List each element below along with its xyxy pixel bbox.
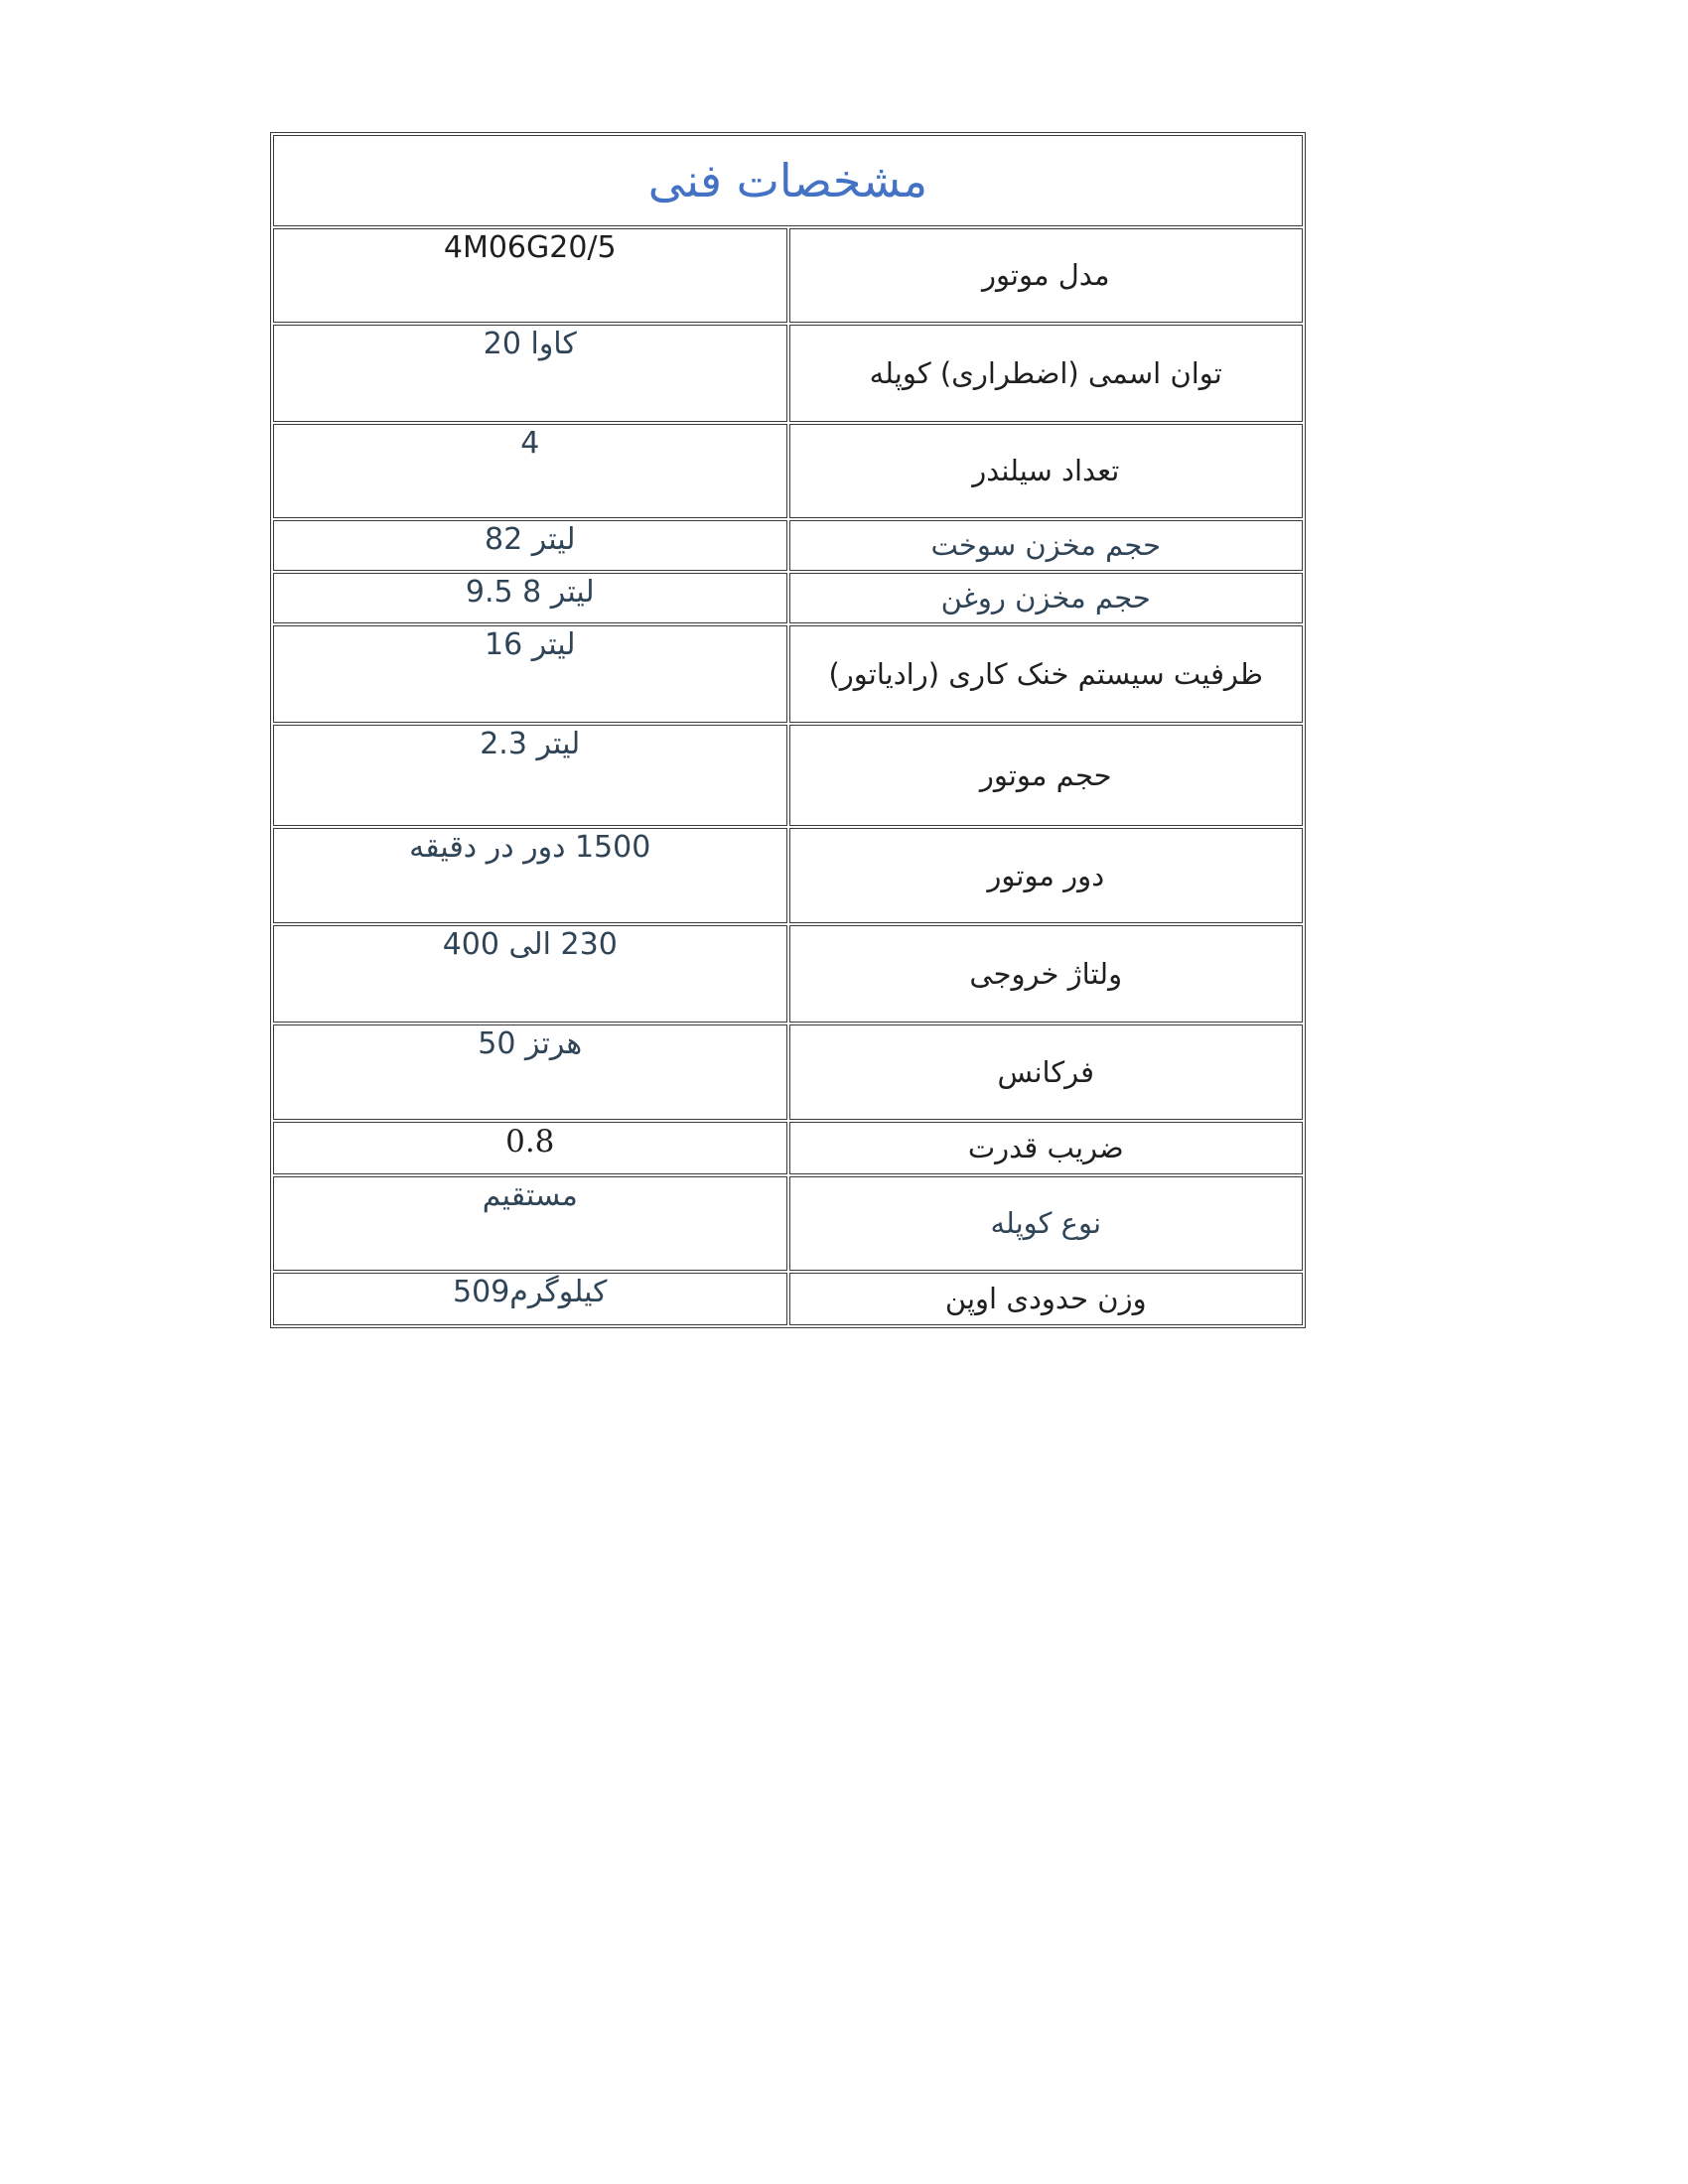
spec-row: 20 کاواتوان اسمی (اضطراری) کوپله bbox=[273, 325, 1303, 422]
spec-value-cell: 82 لیتر bbox=[273, 520, 787, 571]
spec-value-cell: 1500 دور در دقیقه bbox=[273, 828, 787, 923]
spec-row: 82 لیترحجم مخزن سوخت bbox=[273, 520, 1303, 571]
title-row: مشخصات فنی bbox=[273, 135, 1303, 226]
spec-row: 4تعداد سیلندر bbox=[273, 424, 1303, 518]
spec-table-body: مشخصات فنی bbox=[273, 135, 1303, 226]
spec-row: 1500 دور در دقیقهدور موتور bbox=[273, 828, 1303, 923]
spec-row: 0.8ضریب قدرت bbox=[273, 1122, 1303, 1174]
spec-row: 16 لیترظرفیت سیستم خنک کاری (رادیاتور) bbox=[273, 625, 1303, 723]
spec-value-cell: 230 الی 400 bbox=[273, 925, 787, 1023]
spec-label-cell: حجم مخزن سوخت bbox=[789, 520, 1304, 571]
spec-value-cell: 20 کاوا bbox=[273, 325, 787, 422]
spec-label-cell: تعداد سیلندر bbox=[789, 424, 1304, 518]
spec-value-cell: 2.3 لیتر bbox=[273, 725, 787, 826]
spec-label-cell: فرکانس bbox=[789, 1024, 1304, 1120]
spec-label-cell: توان اسمی (اضطراری) کوپله bbox=[789, 325, 1304, 422]
spec-value-cell: 50 هرتز bbox=[273, 1024, 787, 1120]
spec-value-cell: مستقیم bbox=[273, 1176, 787, 1271]
spec-row: 230 الی 400ولتاژ خروجی bbox=[273, 925, 1303, 1023]
spec-value-cell: 509کیلوگرم bbox=[273, 1273, 787, 1325]
spec-label-cell: وزن حدودی اوپن bbox=[789, 1273, 1304, 1325]
spec-value-cell: 4M06G20/5 bbox=[273, 228, 787, 323]
spec-label-cell: نوع کوپله bbox=[789, 1176, 1304, 1271]
spec-row: 4M06G20/5مدل موتور bbox=[273, 228, 1303, 323]
spec-label-cell: حجم موتور bbox=[789, 725, 1304, 826]
document-page: مشخصات فنی 4M06G20/5مدل موتور20 کاواتوان… bbox=[0, 0, 1688, 2184]
spec-label-cell: ظرفیت سیستم خنک کاری (رادیاتور) bbox=[789, 625, 1304, 723]
spec-value-cell: 4 bbox=[273, 424, 787, 518]
spec-value-cell: 9.5 8 لیتر bbox=[273, 573, 787, 623]
spec-label-cell: ولتاژ خروجی bbox=[789, 925, 1304, 1023]
spec-row: مستقیمنوع کوپله bbox=[273, 1176, 1303, 1271]
spec-label-cell: حجم مخزن روغن bbox=[789, 573, 1304, 623]
spec-row: 9.5 8 لیترحجم مخزن روغن bbox=[273, 573, 1303, 623]
spec-label-cell: دور موتور bbox=[789, 828, 1304, 923]
table-title: مشخصات فنی bbox=[273, 135, 1303, 226]
spec-row: 50 هرتزفرکانس bbox=[273, 1024, 1303, 1120]
spec-label-cell: ضریب قدرت bbox=[789, 1122, 1304, 1174]
spec-table: مشخصات فنی 4M06G20/5مدل موتور20 کاواتوان… bbox=[270, 132, 1306, 1328]
spec-rows: 4M06G20/5مدل موتور20 کاواتوان اسمی (اضطر… bbox=[273, 228, 1303, 1325]
spec-value-cell: 16 لیتر bbox=[273, 625, 787, 723]
spec-value-cell: 0.8 bbox=[273, 1122, 787, 1174]
spec-row: 2.3 لیترحجم موتور bbox=[273, 725, 1303, 826]
spec-label-cell: مدل موتور bbox=[789, 228, 1304, 323]
spec-row: 509کیلوگرموزن حدودی اوپن bbox=[273, 1273, 1303, 1325]
